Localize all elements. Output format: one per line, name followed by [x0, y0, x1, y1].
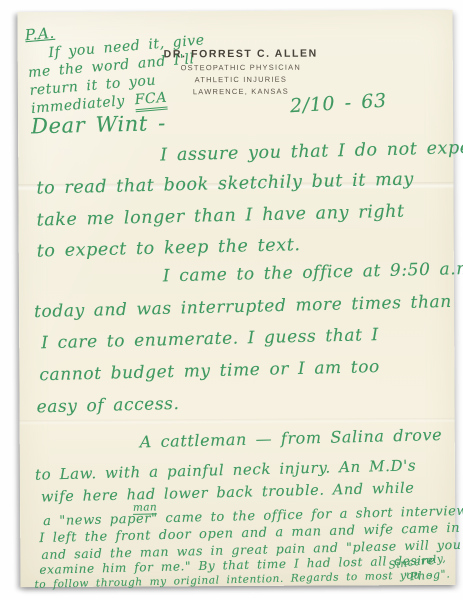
letter-line: today and was interrupted more times tha… [34, 292, 452, 322]
letter-line: to read that book sketchily but it may [36, 169, 414, 198]
letterhead-title1: OSTEOPATHIC PHYSICIAN [136, 62, 346, 72]
signature: "Phog". [404, 567, 451, 583]
letterhead: DR. FORREST C. ALLEN OSTEOPATHIC PHYSICI… [136, 47, 346, 96]
fold-crease [20, 418, 455, 425]
letter-line: cannot budget my time or I am too [39, 357, 380, 385]
letter-line: to expect to keep the text. [37, 235, 301, 261]
letter-line: I assure you that I do not expect [160, 138, 463, 166]
scanned-letter-image: P.A. If you need it, give me the word an… [0, 0, 463, 600]
letter-line: A cattleman — from Salina drove [140, 425, 443, 451]
letter-line: take me longer than I have any right [36, 202, 405, 231]
letter-line: I care to enumerate. I guess that I [41, 325, 379, 353]
letter-date: 2/10 - 63 [289, 90, 387, 118]
letter-line: to Law. with a painful neck injury. An M… [35, 456, 417, 483]
letter-line: easy of access. [36, 394, 179, 417]
inserted-word: man [133, 501, 157, 515]
letterhead-name: DR. FORREST C. ALLEN [136, 47, 346, 60]
salutation: Dear Wint - [31, 111, 166, 138]
letter-line: wife here had lower back trouble. And wh… [41, 480, 415, 505]
letter-line: I came to the office at 9:50 a.m. [163, 259, 463, 287]
letterhead-title2: ATHLETIC INJURIES [136, 74, 346, 84]
letter-paper: P.A. If you need it, give me the word an… [17, 10, 455, 587]
